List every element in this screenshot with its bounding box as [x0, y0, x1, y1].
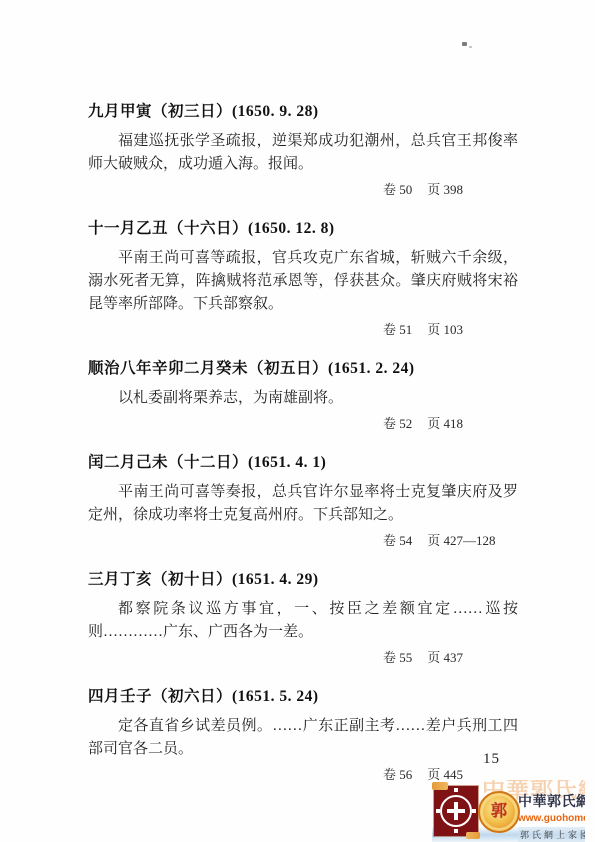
page-ref: 页 103: [427, 322, 463, 337]
volume-ref: 卷 51: [383, 322, 412, 337]
seal-tick-icon: [454, 829, 458, 833]
watermark-url: www.guohome.org: [518, 813, 585, 824]
entry-heading: 顺治八年辛卯二月癸未（初五日）(1651. 2. 24): [88, 357, 518, 380]
entry-heading: 十一月乙丑（十六日）(1650. 12. 8): [88, 217, 518, 240]
seal-tick-icon: [472, 809, 476, 813]
page-ref: 页 437: [427, 650, 463, 665]
site-watermark: 中華郭氏網 郭 中華郭氏網 www.guohome.org 郭氏網上家園: [432, 780, 585, 842]
entry-body: 平南王尚可喜等疏报，官兵攻克广东省城，斩贼六千余级，溺水死者无算，阵擒贼将范承恩…: [88, 247, 518, 316]
guo-emblem-seal-icon: [434, 786, 478, 836]
entry-heading: 四月壬子（初六日）(1651. 5. 24): [88, 685, 518, 708]
watermark-title: 中華郭氏網: [518, 791, 585, 811]
entry: 十一月乙丑（十六日）(1650. 12. 8) 平南王尚可喜等疏报，官兵攻克广东…: [88, 217, 518, 341]
entry-body: 都察院条议巡方事宜，一、按臣之差额宜定……巡按则…………广东、广西各为一差。: [88, 598, 518, 644]
entry-reference: 卷 51页 103: [88, 319, 518, 341]
watermark-subtitle: 郭氏網上家園: [518, 827, 585, 842]
seal-ornament-icon: [432, 782, 448, 790]
scan-speck: [462, 42, 467, 46]
volume-ref: 卷 52: [383, 416, 412, 431]
entry: 闰二月己未（十二日）(1651. 4. 1) 平南王尚可喜等奏报，总兵官许尔显率…: [88, 451, 518, 552]
entry-heading: 九月甲寅（初三日）(1650. 9. 28): [88, 100, 518, 123]
entry-reference: 卷 55页 437: [88, 647, 518, 669]
entry-reference: 卷 50页 398: [88, 179, 518, 201]
volume-ref: 卷 55: [383, 650, 412, 665]
guo-round-seal-icon: 郭: [478, 791, 520, 833]
entry-body: 平南王尚可喜等奏报，总兵官许尔显率将士克复肇庆府及罗定州，徐成功率将士克复高州府…: [88, 481, 518, 527]
seal-ring-icon: [440, 795, 472, 827]
entry: 四月壬子（初六日）(1651. 5. 24) 定各直省乡试差员例。……广东正副主…: [88, 685, 518, 786]
seal-character: 郭: [480, 793, 518, 831]
page-number: 15: [483, 751, 500, 768]
book-page: 九月甲寅（初三日）(1650. 9. 28) 福建巡抚张学圣疏报，逆渠郑成功犯潮…: [0, 0, 595, 842]
volume-ref: 卷 50: [383, 182, 412, 197]
entry-body: 定各直省乡试差员例。……广东正副主考……差户兵刑工四部司官各二员。: [88, 715, 518, 761]
watermark-text-block: 中華郭氏網 www.guohome.org 郭氏網上家園: [518, 791, 585, 842]
entries-list: 九月甲寅（初三日）(1650. 9. 28) 福建巡抚张学圣疏报，逆渠郑成功犯潮…: [88, 100, 518, 802]
entry-heading: 闰二月己未（十二日）(1651. 4. 1): [88, 451, 518, 474]
entry: 三月丁亥（初十日）(1651. 4. 29) 都察院条议巡方事宜，一、按臣之差额…: [88, 568, 518, 669]
seal-tick-icon: [436, 809, 440, 813]
page-ref: 页 427—128: [427, 533, 495, 548]
seal-ornament-icon: [466, 832, 480, 839]
entry-reference: 卷 52页 418: [88, 413, 518, 435]
page-ref: 页 398: [427, 182, 463, 197]
seal-tick-icon: [454, 788, 458, 792]
entry: 顺治八年辛卯二月癸未（初五日）(1651. 2. 24) 以札委副将栗养志，为南…: [88, 357, 518, 435]
entry-reference: 卷 54页 427—128: [88, 530, 518, 552]
entry-body: 以札委副将栗养志，为南雄副将。: [88, 387, 518, 410]
volume-ref: 卷 56: [383, 767, 412, 782]
volume-ref: 卷 54: [383, 533, 412, 548]
entry-heading: 三月丁亥（初十日）(1651. 4. 29): [88, 568, 518, 591]
page-ref: 页 418: [427, 416, 463, 431]
seal-cross-icon: [447, 802, 465, 820]
entry: 九月甲寅（初三日）(1650. 9. 28) 福建巡抚张学圣疏报，逆渠郑成功犯潮…: [88, 100, 518, 201]
entry-body: 福建巡抚张学圣疏报，逆渠郑成功犯潮州，总兵官王邦俊率师大破贼众，成功遁入海。报闻…: [88, 130, 518, 176]
